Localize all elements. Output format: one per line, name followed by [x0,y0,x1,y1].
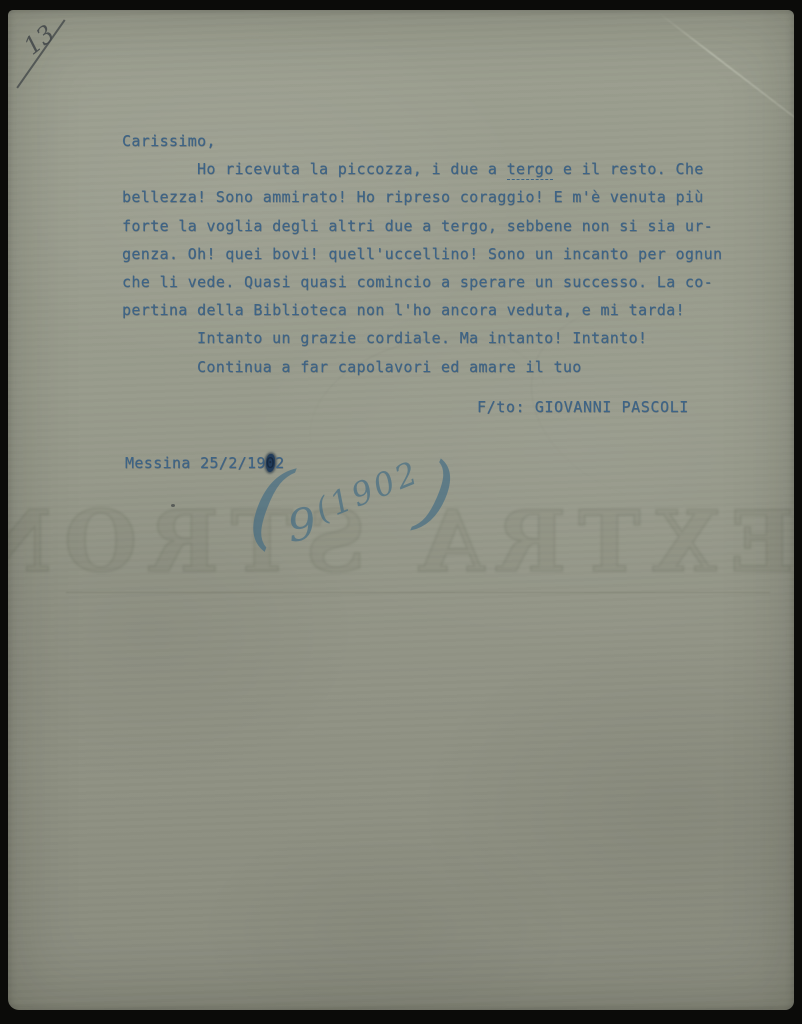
line-text: Ho ricevuta la piccozza, i due a [197,160,507,178]
letter-line: che li vede. Quasi quasi comincio a sper… [122,268,722,296]
signature-line: F/to: GIOVANNI PASCOLI [477,398,689,416]
line-text: bellezza! Sono ammirato! Ho ripreso cora… [122,188,704,206]
letter-line: bellezza! Sono ammirato! Ho ripreso cora… [122,183,722,211]
underlined-word: tergo [507,160,554,180]
scan-background: { "letter": { "lines": [ {"indent": fals… [0,0,802,1024]
letter-line: Intanto un grazie cordiale. Ma intanto! … [122,324,722,352]
line-text: pertina della Biblioteca non l'ho ancora… [122,301,685,319]
line-text: genza. Oh! quei bovi! quell'uccellino! S… [122,245,722,263]
line-text: Intanto un grazie cordiale. Ma intanto! … [197,329,647,347]
corner-crease [658,12,794,132]
letter-line: Ho ricevuta la piccozza, i due a tergo e… [122,155,722,183]
line-text: Continua a far capolavori ed amare il tu… [197,358,582,376]
line-text: Carissimo, [122,132,216,150]
dateline-text: Messina 25/2/19 [125,454,266,472]
letter-line: pertina della Biblioteca non l'ho ancora… [122,296,722,324]
letter-line: forte la voglia degli altri due a tergo,… [122,212,722,240]
line-text: e il resto. Che [553,160,703,178]
line-text: forte la voglia degli altri due a tergo,… [122,217,713,235]
letter-line: Continua a far capolavori ed amare il tu… [122,353,722,381]
line-text: che li vede. Quasi quasi comincio a sper… [122,273,713,291]
letter-line: Carissimo, [122,127,722,155]
letter-page: EXTRA STRONG 13 Carissimo,Ho ricevuta la… [8,10,794,1010]
letter-body: Carissimo,Ho ricevuta la piccozza, i due… [122,127,722,381]
letter-line: genza. Oh! quei bovi! quell'uccellino! S… [122,240,722,268]
